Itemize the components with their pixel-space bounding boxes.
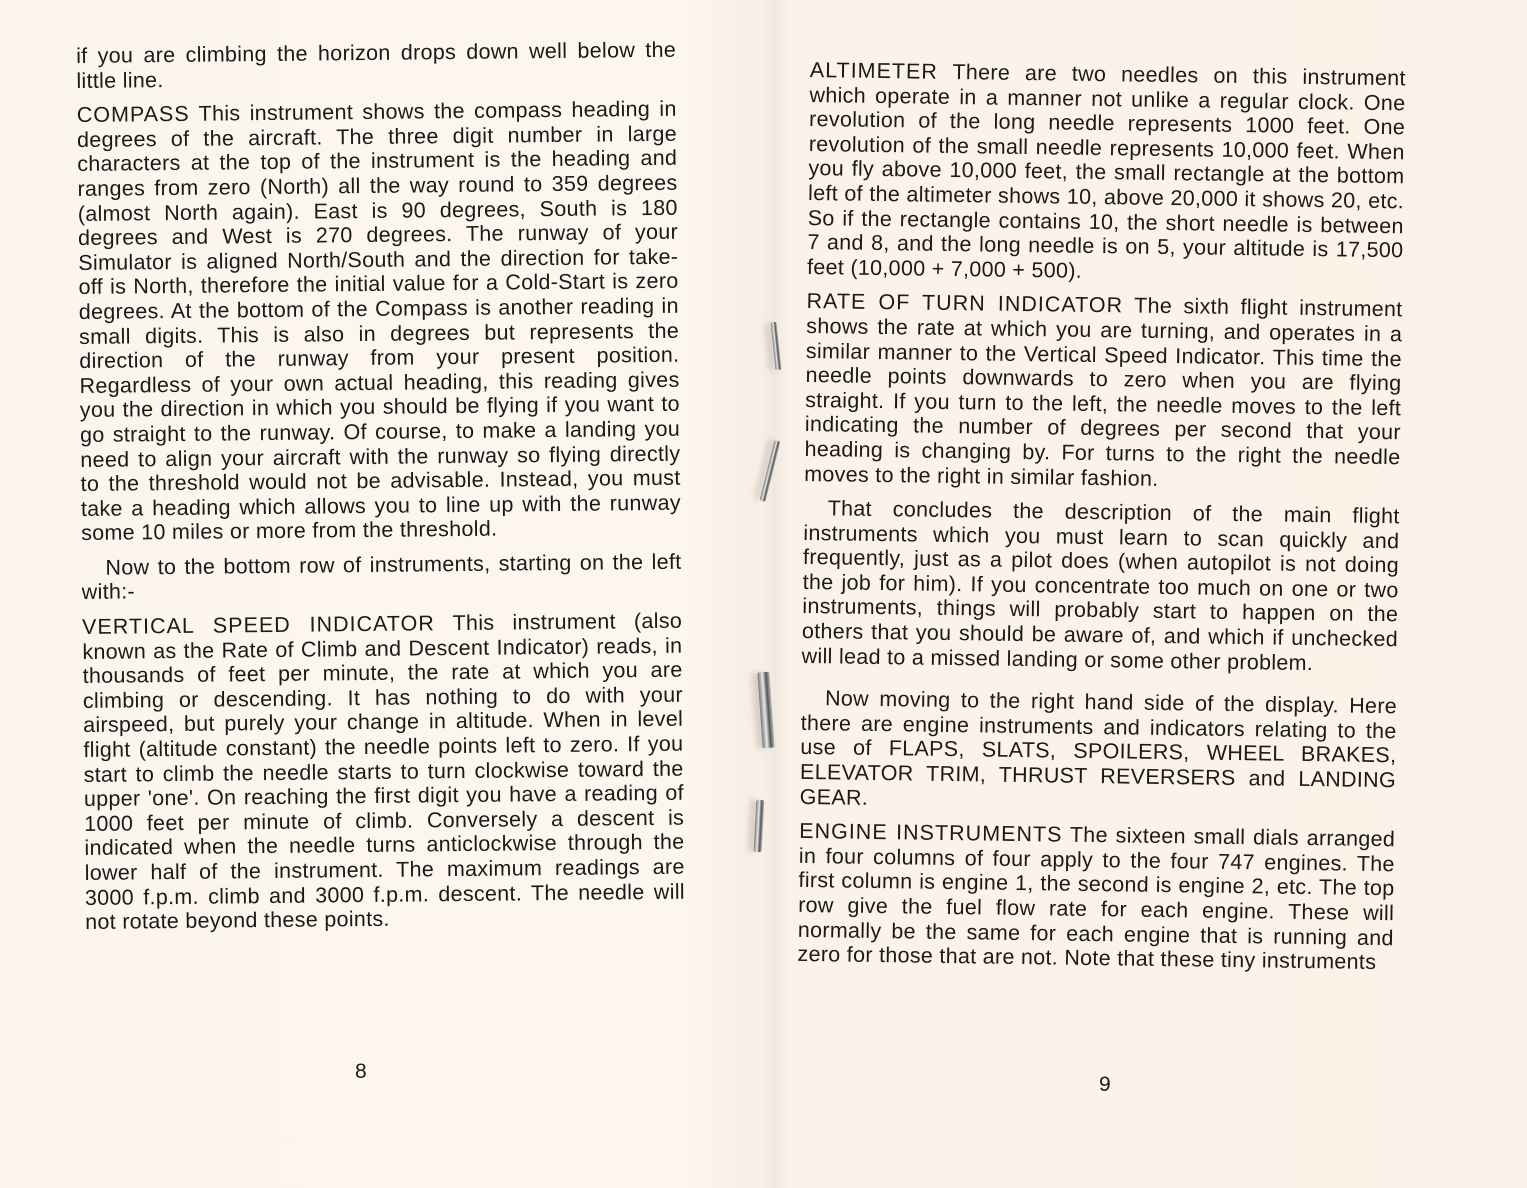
paragraph: Now moving to the right hand side of the…: [800, 686, 1398, 817]
paragraph: Now to the bottom row of instruments, st…: [81, 550, 681, 605]
section-heading: VERTICAL SPEED INDICATOR: [82, 611, 435, 639]
paragraph-text: The sixteen small dials arranged in four…: [797, 823, 1395, 974]
page-number: 8: [355, 1060, 367, 1084]
paragraph-text: The sixth flight instrument shows the ra…: [804, 294, 1403, 491]
section-heading: COMPASS: [77, 102, 190, 127]
right-page-text: ALTIMETER There are two needles on this …: [797, 58, 1406, 985]
paragraph-rate-of-turn-indicator: RATE OF TURN INDICATOR The sixth flight …: [804, 289, 1403, 494]
paragraph-text: Now to the bottom row of instruments, st…: [82, 550, 682, 605]
section-heading: ENGINE INSTRUMENTS: [799, 819, 1063, 847]
page-number: 9: [1099, 1073, 1111, 1097]
booklet-spread: if you are climbing the horizon drops do…: [0, 0, 1527, 1188]
paragraph-altimeter: ALTIMETER There are two needles on this …: [807, 58, 1406, 288]
paragraph-text: This instrument shows the compass headin…: [77, 97, 681, 545]
left-page-text: if you are climbing the horizon drops do…: [76, 38, 685, 945]
binding-gutter: [760, 0, 790, 1188]
paragraph-compass: COMPASS This instrument shows the compas…: [77, 97, 682, 546]
section-heading: RATE OF TURN INDICATOR: [806, 289, 1123, 317]
paragraph-text: There are two needles on this instrument…: [807, 60, 1406, 283]
paragraph-text: if you are climbing the horizon drops do…: [76, 38, 676, 93]
page-right: ALTIMETER There are two needles on this …: [790, 0, 1527, 1188]
paragraph: if you are climbing the horizon drops do…: [76, 38, 676, 93]
paragraph-text: That concludes the description of the ma…: [801, 496, 1399, 674]
paragraph: That concludes the description of the ma…: [801, 496, 1399, 676]
paragraph-text: Now moving to the right hand side of the…: [800, 687, 1398, 810]
paragraph-engine-instruments: ENGINE INSTRUMENTS The sixteen small dia…: [797, 819, 1395, 975]
paragraph-vertical-speed-indicator: VERTICAL SPEED INDICATOR This instrument…: [82, 609, 685, 935]
section-heading: ALTIMETER: [810, 58, 938, 84]
page-left: if you are climbing the horizon drops do…: [0, 0, 760, 1188]
paragraph-text: This instrument (also known as the Rate …: [82, 609, 685, 934]
